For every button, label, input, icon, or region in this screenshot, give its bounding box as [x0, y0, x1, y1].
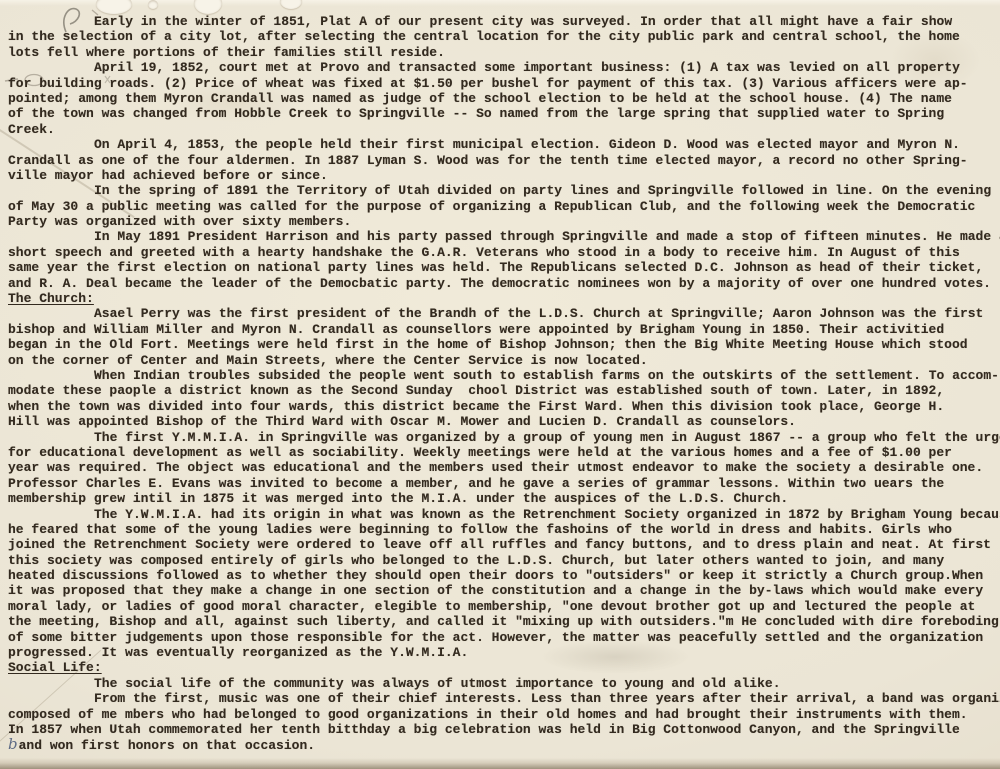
text-line: Party was organized with over sixty memb… [8, 214, 999, 229]
text-line: short speech and greeted with a hearty h… [8, 245, 999, 260]
text-line: When Indian troubles subsided the people… [8, 368, 999, 383]
paper-tear [280, 0, 302, 9]
text-line: year was required. The object was educat… [8, 460, 999, 475]
text-line: Asael Perry was the first president of t… [8, 306, 999, 321]
paper-tear [148, 0, 158, 9]
text-line: Crandall as one of the four aldermen. In… [8, 153, 999, 168]
text-line: joined the Retrenchment Society were ord… [8, 537, 999, 552]
text-line: of May 30 a public meeting was called fo… [8, 199, 999, 214]
text-line: From the first, music was one of their c… [8, 691, 999, 706]
text-line: ville mayor had achieved before or since… [8, 168, 999, 183]
document-page: Early in the winter of 1851, Plat A of o… [0, 0, 1000, 769]
paper-tear [194, 0, 222, 14]
text-line: and R. A. Deal became the leader of the … [8, 276, 999, 291]
text-line: moral lady, or ladies of good moral char… [8, 599, 999, 614]
text-line: band won first honors on that occasion. [8, 737, 999, 752]
handwritten-b-annotation: b [8, 735, 18, 753]
text-line: In May 1891 President Harrison and his p… [8, 229, 999, 244]
text-line: Early in the winter of 1851, Plat A of o… [8, 14, 999, 29]
text-line: Hill was appointed Bishop of the Third W… [8, 414, 999, 429]
text-line: membership grew intil in 1875 it was mer… [8, 491, 999, 506]
text-line: lots fell where portions of their famili… [8, 45, 999, 60]
text-line: of some bitter judgements upon those res… [8, 630, 999, 645]
text-line: The Y.W.M.I.A. had its origin in what wa… [8, 507, 999, 522]
text-line: same year the first election on national… [8, 260, 999, 275]
text-line-remainder: and won first honors on that occasion. [19, 738, 315, 753]
text-line: began in the Old Fort. Meetings were hel… [8, 337, 999, 352]
text-line: bishop and William Miller and Myron N. C… [8, 322, 999, 337]
text-line: pointed; among them Myron Crandall was n… [8, 91, 999, 106]
text-line: for building roads. (2) Price of wheat w… [8, 76, 999, 91]
text-line: modate these paople a district known as … [8, 383, 999, 398]
text-line: of the town was changed from Hobble Cree… [8, 106, 999, 121]
text-line: Professor Charles E. Evans was invited t… [8, 476, 999, 491]
text-line: Creek. [8, 122, 999, 137]
text-line: when the town was divided into four ward… [8, 399, 999, 414]
text-line: heated discussions followed as to whethe… [8, 568, 999, 583]
text-line: composed of me mbers who had belonged to… [8, 707, 999, 722]
section-heading: Social Life: [8, 660, 999, 675]
text-line: he feared that some of the young ladies … [8, 522, 999, 537]
text-line: The social life of the community was alw… [8, 676, 999, 691]
text-line: In the spring of 1891 the Territory of U… [8, 183, 999, 198]
text-line: progressed. It was eventually reorganize… [8, 645, 999, 660]
paper-tear [96, 0, 132, 14]
text-line: In 1857 when Utah commemorated her tenth… [8, 722, 999, 737]
text-line: this society was composed entirely of gi… [8, 553, 999, 568]
text-line: The first Y.M.M.I.A. in Springville was … [8, 430, 999, 445]
text-line: April 19, 1852, court met at Provo and t… [8, 60, 999, 75]
text-line: it was proposed that they make a change … [8, 583, 999, 598]
text-line: on the corner of Center and Main Streets… [8, 353, 999, 368]
section-heading: The Church: [8, 291, 999, 306]
text-line: in the selection of a city lot, after se… [8, 29, 999, 44]
text-line: the meeting, Bishop and all, against suc… [8, 614, 999, 629]
text-line: On April 4, 1853, the people held their … [8, 137, 999, 152]
text-line: for educational development as well as s… [8, 445, 999, 460]
typewritten-text: Early in the winter of 1851, Plat A of o… [8, 14, 999, 753]
